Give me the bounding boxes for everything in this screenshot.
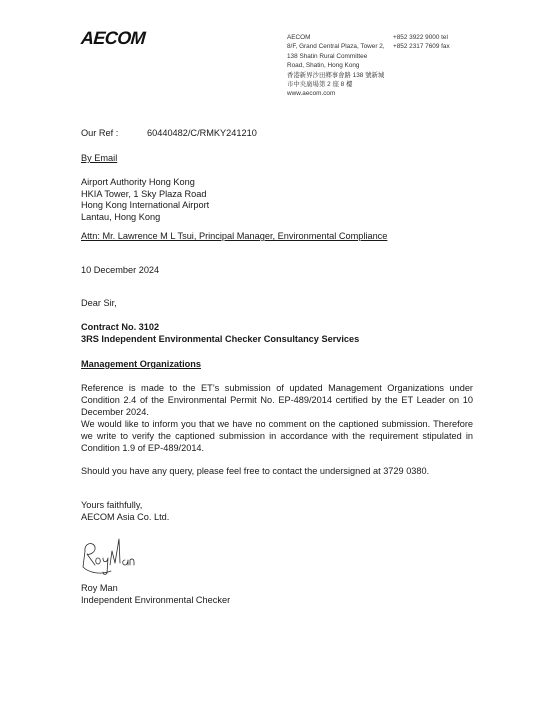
attention-line: Attn: Mr. Lawrence M L Tsui, Principal M… (81, 231, 387, 243)
signatory-name: Roy Man (81, 583, 118, 595)
address-line: AECOM (287, 33, 385, 42)
recipient-line: Hong Kong International Airport (81, 200, 209, 212)
fax-number: +852 2317 7609 fax (393, 42, 450, 51)
reference-line: Our Ref :60440482/C/RMKY241210 (81, 128, 257, 140)
subject-title: 3RS Independent Environmental Checker Co… (81, 334, 359, 346)
delivery-method: By Email (81, 153, 117, 165)
recipient-line: HKIA Tower, 1 Sky Plaza Road (81, 189, 209, 201)
subject-contract: Contract No. 3102 (81, 322, 159, 334)
section-heading: Management Organizations (81, 359, 201, 371)
recipient-line: Lantau, Hong Kong (81, 212, 209, 224)
letterhead-contact: +852 3922 9000 tel +852 2317 7609 fax (393, 33, 450, 52)
company-name: AECOM Asia Co. Ltd. (81, 512, 169, 524)
recipient-address: Airport Authority Hong Kong HKIA Tower, … (81, 177, 209, 223)
valediction: Yours faithfully, (81, 500, 142, 512)
address-line-chinese: 市中央廣場第 2 座 8 樓 (287, 80, 385, 89)
address-line: 8/F, Grand Central Plaza, Tower 2, (287, 42, 385, 51)
aecom-logo: AECOM (80, 28, 145, 49)
phone-number: +852 3922 9000 tel (393, 33, 450, 42)
body-paragraph-3: Should you have any query, please feel f… (81, 466, 473, 478)
address-line: 138 Shatin Rural Committee (287, 52, 385, 61)
signature-image (81, 533, 161, 577)
address-line-chinese: 香港新界沙田鄉事會路 138 號新城 (287, 71, 385, 80)
reference-label: Our Ref : (81, 128, 147, 140)
salutation: Dear Sir, (81, 298, 117, 310)
recipient-line: Airport Authority Hong Kong (81, 177, 209, 189)
body-paragraph-2: We would like to inform you that we have… (81, 419, 473, 454)
letterhead-address: AECOM 8/F, Grand Central Plaza, Tower 2,… (287, 33, 385, 99)
website-link[interactable]: www.aecom.com (287, 89, 385, 98)
body-paragraph-1: Reference is made to the ET’s submission… (81, 383, 473, 418)
reference-value: 60440482/C/RMKY241210 (147, 128, 257, 138)
address-line: Road, Shatin, Hong Kong (287, 61, 385, 70)
letter-date: 10 December 2024 (81, 265, 159, 277)
signatory-title: Independent Environmental Checker (81, 595, 230, 607)
